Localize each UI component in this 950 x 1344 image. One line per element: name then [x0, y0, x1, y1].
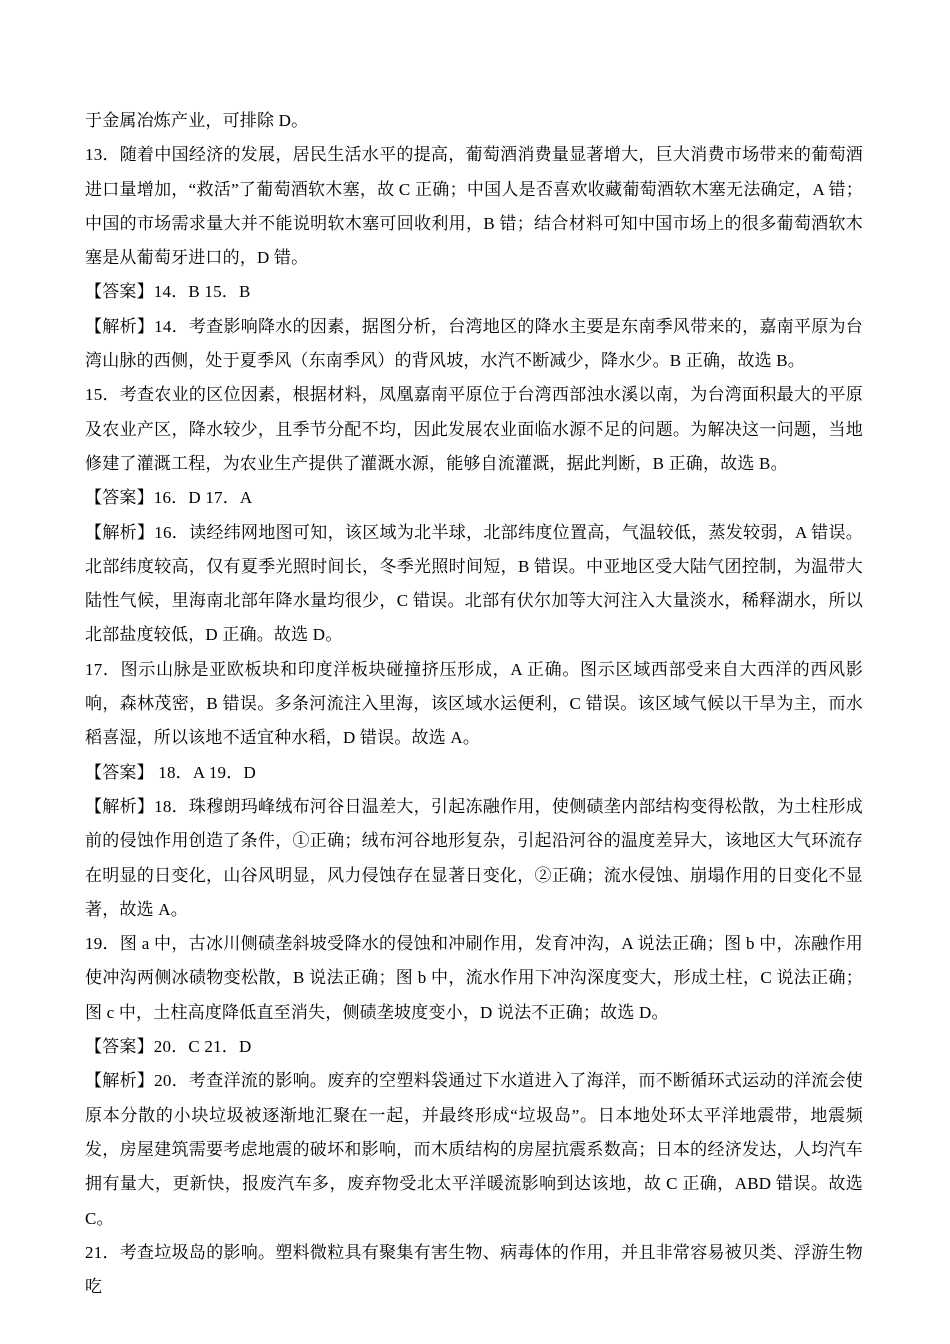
paragraph-explanation-q14: 【解析】14．考查影响降水的因素，据图分析，台湾地区的降水主要是东南季风带来的，…: [85, 310, 863, 379]
paragraph-explanation-q21: 21．考查垃圾岛的影响。塑料微粒具有聚集有害生物、病毒体的作用，并且非常容易被贝…: [85, 1236, 863, 1305]
paragraph-answer-18-19: 【答案】 18．A 19．D: [85, 756, 863, 790]
paragraph-answer-20-21: 【答案】20．C 21．D: [85, 1030, 863, 1064]
paragraph-explanation-q19: 19．图 a 中，古冰川侧碛垄斜坡受降水的侵蚀和冲刷作用，发育冲沟，A 说法正确…: [85, 927, 863, 1030]
paragraph-explanation-q15: 15．考查农业的区位因素，根据材料，凤凰嘉南平原位于台湾西部浊水溪以南，为台湾面…: [85, 378, 863, 481]
document-body: 于金属冶炼产业，可排除 D。 13．随着中国经济的发展，居民生活水平的提高，葡萄…: [85, 104, 863, 1304]
paragraph-explanation-q13: 13．随着中国经济的发展，居民生活水平的提高，葡萄酒消费量显著增大，巨大消费市场…: [85, 138, 863, 275]
paragraph-explanation-q20: 【解析】20．考查洋流的影响。废弃的空塑料袋通过下水道进入了海洋，而不断循环式运…: [85, 1064, 863, 1235]
paragraph-explanation-q16: 【解析】16．读经纬网地图可知，该区域为北半球，北部纬度位置高，气温较低，蒸发较…: [85, 516, 863, 653]
paragraph-answer-16-17: 【答案】16．D 17．A: [85, 481, 863, 515]
document-page: 于金属冶炼产业，可排除 D。 13．随着中国经济的发展，居民生活水平的提高，葡萄…: [0, 0, 950, 1344]
paragraph-explanation-q17: 17．图示山脉是亚欧板块和印度洋板块碰撞挤压形成，A 正确。图示区域西部受来自大…: [85, 653, 863, 756]
paragraph-continuation-q12: 于金属冶炼产业，可排除 D。: [85, 104, 863, 138]
paragraph-explanation-q18: 【解析】18．珠穆朗玛峰绒布河谷日温差大，引起冻融作用，使侧碛垄内部结构变得松散…: [85, 790, 863, 927]
paragraph-answer-14-15: 【答案】14．B 15．B: [85, 275, 863, 309]
